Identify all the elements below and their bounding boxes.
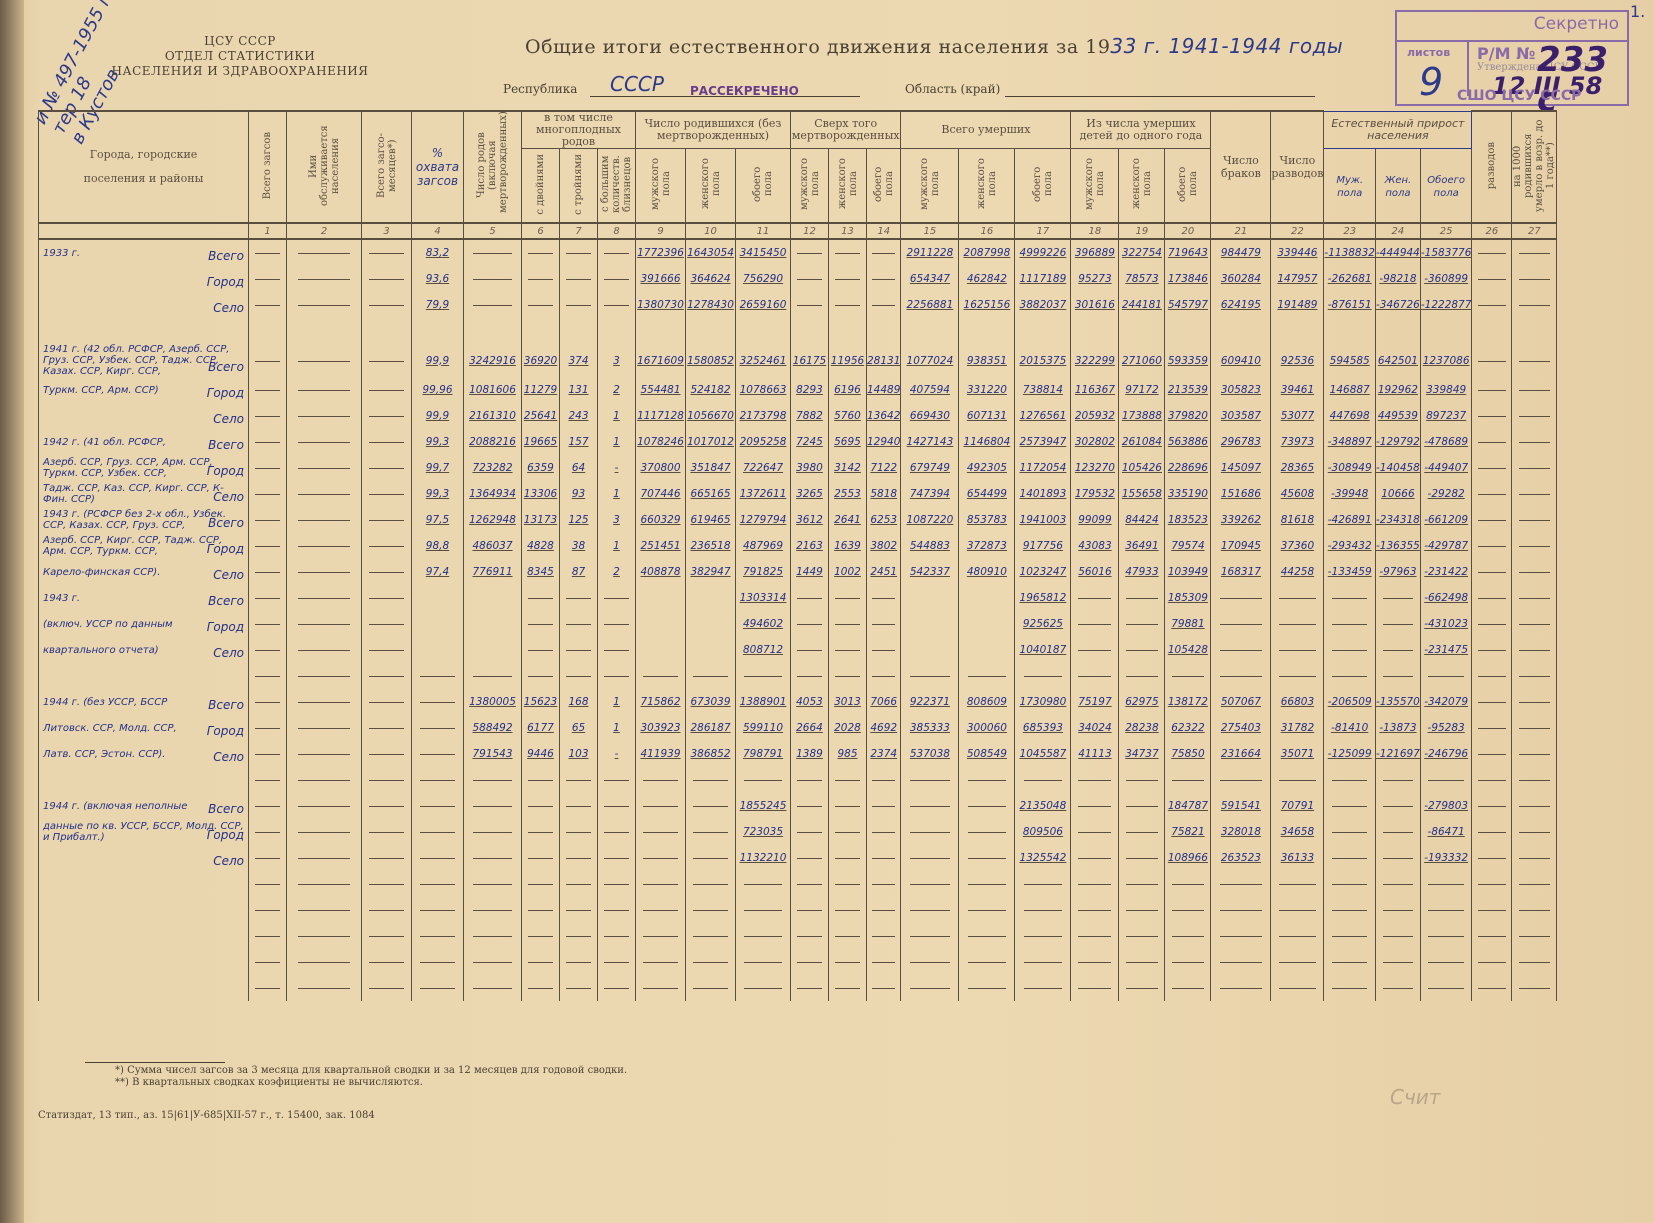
table-cell: 2173798 [736, 403, 791, 429]
table-cell: 723035 [736, 819, 791, 845]
empty-dash [420, 961, 456, 963]
table-cell [829, 239, 867, 266]
column-number: 10 [686, 223, 736, 239]
empty-dash [369, 831, 403, 833]
empty-dash [1078, 779, 1111, 781]
table-cell: 322299 [1071, 344, 1119, 377]
empty-dash [473, 935, 513, 937]
column-number: 5 [464, 223, 522, 239]
table-cell: -1583776 [1420, 239, 1472, 266]
table-cell [412, 871, 464, 897]
empty-dash [872, 857, 895, 859]
empty-dash [1519, 753, 1550, 755]
table-cell: 487969 [736, 533, 791, 559]
empty-dash [604, 779, 630, 781]
empty-dash [1383, 831, 1414, 833]
table-cell [1119, 897, 1165, 923]
column-number: 1 [249, 223, 287, 239]
table-cell [362, 344, 412, 377]
table-cell: 492305 [959, 455, 1015, 481]
empty-dash [835, 779, 861, 781]
table-row: данные по кв. УССР, БССР, Молд. ССР, и П… [39, 819, 1557, 845]
table-cell: 79,9 [412, 292, 464, 318]
table-cell: 593359 [1165, 344, 1211, 377]
empty-dash [1126, 805, 1158, 807]
table-cell [362, 266, 412, 292]
stamp-sheets-label: листов [1407, 46, 1450, 59]
table-cell: 1449 [791, 559, 829, 585]
table-cell [867, 975, 901, 1001]
table-cell: 1303314 [736, 585, 791, 611]
table-cell [1324, 923, 1376, 949]
table-cell: 4053 [791, 689, 829, 715]
table-cell: 776911 [464, 559, 522, 585]
table-cell [412, 318, 464, 344]
empty-dash [835, 831, 861, 833]
table-cell [686, 871, 736, 897]
empty-dash [255, 389, 281, 391]
empty-dash [604, 649, 630, 651]
table-cell [362, 481, 412, 507]
table-cell: -262681 [1324, 266, 1376, 292]
empty-dash [1478, 467, 1505, 469]
table-cell [1015, 318, 1071, 344]
table-cell: 370800 [636, 455, 686, 481]
table-cell [1512, 318, 1557, 344]
table-cell: 11956 [829, 344, 867, 377]
empty-dash [1519, 278, 1550, 280]
empty-dash [1078, 883, 1111, 885]
table-cell [464, 266, 522, 292]
empty-dash [744, 779, 782, 781]
table-cell [791, 239, 829, 266]
table-cell: 2161310 [464, 403, 522, 429]
row-type: Всего [208, 438, 244, 452]
empty-dash [604, 304, 630, 306]
row-label-cell [39, 663, 249, 689]
table-cell [412, 975, 464, 1001]
table-cell [1472, 975, 1512, 1001]
table-cell [598, 611, 636, 637]
table-cell: 25641 [522, 403, 560, 429]
table-cell [1375, 949, 1420, 975]
table-row: 1933 г.Всего83,2177239616430543415450291… [39, 239, 1557, 266]
secret-stamp: Секретно листов 9 Р/М № Утверждена ЦСУ С… [1395, 10, 1629, 106]
table-row [39, 663, 1557, 689]
table-cell [686, 897, 736, 923]
empty-dash [566, 805, 592, 807]
empty-dash [604, 961, 630, 963]
empty-dash [255, 987, 281, 989]
table-cell [1119, 318, 1165, 344]
table-cell: 5695 [829, 429, 867, 455]
col-header-21: Число браков [1211, 111, 1271, 223]
empty-dash [255, 805, 281, 807]
table-cell [1015, 975, 1071, 1001]
table-cell: -231422 [1420, 559, 1472, 585]
table-cell: -1222877 [1420, 292, 1472, 318]
empty-dash [910, 779, 950, 781]
table-cell [901, 897, 959, 923]
table-cell: 43083 [1071, 533, 1119, 559]
table-cell [287, 481, 362, 507]
table-cell: 4999226 [1015, 239, 1071, 266]
table-cell [249, 611, 287, 637]
row-label-cell: 1942 г. (41 обл. РСФСР,Всего [39, 429, 249, 455]
table-cell [867, 318, 901, 344]
table-cell: 36491 [1119, 533, 1165, 559]
table-cell: 12940 [867, 429, 901, 455]
table-cell [598, 266, 636, 292]
table-cell: 372873 [959, 533, 1015, 559]
empty-dash [255, 935, 281, 937]
column-number: 23 [1324, 223, 1376, 239]
table-row [39, 923, 1557, 949]
empty-dash [473, 831, 513, 833]
empty-dash [797, 935, 823, 937]
empty-dash [872, 278, 895, 280]
table-cell [1375, 637, 1420, 663]
empty-dash [1220, 675, 1261, 677]
table-cell [362, 767, 412, 793]
empty-dash [1478, 935, 1505, 937]
table-cell: 296783 [1211, 429, 1271, 455]
table-cell [1472, 239, 1512, 266]
table-cell [1071, 923, 1119, 949]
table-row: 1943 г.Всего13033141965812185309-662498 [39, 585, 1557, 611]
table-cell [791, 767, 829, 793]
table-cell [901, 871, 959, 897]
table-cell: -279803 [1420, 793, 1472, 819]
table-cell: 38 [560, 533, 598, 559]
table-cell [1472, 559, 1512, 585]
empty-dash [1383, 857, 1414, 859]
table-cell [1324, 767, 1376, 793]
empty-dash [643, 779, 677, 781]
row-label-cell [39, 949, 249, 975]
col-header-14: обоего пола [867, 149, 901, 224]
empty-dash [693, 805, 727, 807]
table-cell: 462842 [959, 266, 1015, 292]
col-header-4: % охвата загсов [412, 111, 464, 223]
table-cell [736, 318, 791, 344]
empty-dash [528, 252, 554, 254]
table-cell [1472, 266, 1512, 292]
col-header-12: мужского пола [791, 149, 829, 224]
table-cell [1472, 845, 1512, 871]
table-cell [1211, 975, 1271, 1001]
table-cell [560, 897, 598, 923]
table-cell: 2015375 [1015, 344, 1071, 377]
table-cell: 263523 [1211, 845, 1271, 871]
table-cell [901, 585, 959, 611]
column-number: 26 [1472, 223, 1512, 239]
empty-dash [744, 909, 782, 911]
empty-dash [835, 857, 861, 859]
empty-dash [255, 467, 281, 469]
empty-dash [1024, 935, 1063, 937]
table-cell: 168 [560, 689, 598, 715]
table-cell [522, 819, 560, 845]
column-number: 7 [560, 223, 598, 239]
table-cell [362, 611, 412, 637]
table-cell [464, 318, 522, 344]
col-header-19: женского пола [1119, 149, 1165, 224]
empty-dash [1519, 304, 1550, 306]
table-cell [791, 663, 829, 689]
table-cell [1512, 559, 1557, 585]
empty-dash [369, 701, 403, 703]
row-label-cell: Карело-финская ССР).Село [39, 559, 249, 585]
empty-dash [1078, 597, 1111, 599]
empty-dash [255, 727, 281, 729]
empty-dash [1024, 909, 1063, 911]
table-cell [464, 663, 522, 689]
table-cell: 507067 [1211, 689, 1271, 715]
table-cell: 168317 [1211, 559, 1271, 585]
table-cell: 1117128 [636, 403, 686, 429]
table-cell: -444944 [1375, 239, 1420, 266]
table-cell: 1 [598, 689, 636, 715]
table-cell [791, 637, 829, 663]
empty-dash [298, 304, 350, 306]
table-cell [560, 949, 598, 975]
table-cell: 331220 [959, 377, 1015, 403]
table-cell: 34658 [1271, 819, 1324, 845]
empty-dash [1172, 909, 1204, 911]
table-cell: 922371 [901, 689, 959, 715]
table-cell [1375, 845, 1420, 871]
empty-dash [1279, 623, 1315, 625]
table-cell [287, 377, 362, 403]
empty-dash [255, 883, 281, 885]
table-cell [791, 318, 829, 344]
table-cell [1071, 767, 1119, 793]
col-header-13: женского пола [829, 149, 867, 224]
table-cell [522, 663, 560, 689]
empty-dash [1126, 675, 1158, 677]
table-cell: 47933 [1119, 559, 1165, 585]
empty-dash [298, 935, 350, 937]
table-cell [1375, 923, 1420, 949]
table-cell [791, 292, 829, 318]
table-cell [829, 318, 867, 344]
empty-dash [1332, 961, 1367, 963]
row-label-cell: Город [39, 266, 249, 292]
table-cell: 13642 [867, 403, 901, 429]
table-cell [1119, 845, 1165, 871]
table-cell [1324, 897, 1376, 923]
empty-dash [797, 304, 823, 306]
table-cell [362, 845, 412, 871]
table-cell: -342079 [1420, 689, 1472, 715]
empty-dash [835, 675, 861, 677]
empty-dash [968, 779, 1007, 781]
col-group-infant-deaths: Из числа умерших детей до одного года [1071, 111, 1211, 149]
empty-dash [693, 961, 727, 963]
empty-dash [643, 857, 677, 859]
column-number-place [39, 223, 249, 239]
empty-dash [1279, 675, 1315, 677]
empty-dash [1519, 883, 1550, 885]
table-cell [362, 585, 412, 611]
table-cell [249, 871, 287, 897]
republic-label: Республика [503, 82, 577, 96]
empty-dash [1428, 935, 1463, 937]
table-cell [867, 897, 901, 923]
empty-dash [1428, 779, 1463, 781]
empty-dash [910, 987, 950, 989]
table-cell: 396889 [1071, 239, 1119, 266]
table-cell [1324, 819, 1376, 845]
table-cell: 379820 [1165, 403, 1211, 429]
row-label-cell: Литовск. ССР, Молд. ССР,Город [39, 715, 249, 741]
table-cell: 917756 [1015, 533, 1071, 559]
col-header-23: Муж. пола [1324, 149, 1376, 224]
org-line-3: НАСЕЛЕНИЯ И ЗДРАВООХРАНЕНИЯ [110, 64, 370, 79]
table-cell [1324, 585, 1376, 611]
table-row: 1942 г. (41 обл. РСФСР,Всего99,320882161… [39, 429, 1557, 455]
table-cell: 303923 [636, 715, 686, 741]
row-type: Село [213, 854, 244, 868]
table-cell: 1 [598, 533, 636, 559]
col-header-2: Ими обслуживается населения [287, 111, 362, 223]
table-row [39, 871, 1557, 897]
table-cell [901, 949, 959, 975]
column-number: 13 [829, 223, 867, 239]
empty-dash [872, 831, 895, 833]
table-cell: 449539 [1375, 403, 1420, 429]
table-cell [287, 845, 362, 871]
table-cell: 15623 [522, 689, 560, 715]
table-cell [1512, 637, 1557, 663]
table-cell [636, 611, 686, 637]
table-cell [686, 845, 736, 871]
table-cell: 3 [598, 344, 636, 377]
empty-dash [1519, 961, 1550, 963]
table-cell: 1580852 [686, 344, 736, 377]
empty-dash [1383, 597, 1414, 599]
table-cell: 1017012 [686, 429, 736, 455]
table-row: Туркм. ССР, Арм. ССР)Город99,96108160611… [39, 377, 1557, 403]
empty-dash [420, 779, 456, 781]
corner-pencil-note: Счит [1390, 1085, 1440, 1109]
table-cell [249, 715, 287, 741]
row-type: Всего [208, 249, 244, 263]
table-cell: 271060 [1119, 344, 1165, 377]
table-cell [362, 715, 412, 741]
empty-dash [255, 304, 281, 306]
table-cell [1324, 663, 1376, 689]
table-cell [1512, 292, 1557, 318]
table-cell: 2 [598, 559, 636, 585]
column-number: 20 [1165, 223, 1211, 239]
table-cell [598, 949, 636, 975]
empty-dash [604, 857, 630, 859]
empty-dash [473, 883, 513, 885]
table-cell [598, 663, 636, 689]
table-cell [249, 403, 287, 429]
table-cell [736, 949, 791, 975]
table-cell [791, 819, 829, 845]
empty-dash [528, 623, 554, 625]
empty-dash [1428, 961, 1463, 963]
table-cell: 31782 [1271, 715, 1324, 741]
empty-dash [1478, 961, 1505, 963]
table-cell [412, 819, 464, 845]
table-cell [560, 767, 598, 793]
table-cell: -360899 [1420, 266, 1472, 292]
empty-dash [1332, 831, 1367, 833]
empty-dash [872, 805, 895, 807]
table-cell [522, 611, 560, 637]
row-label-cell: 1944 г. (без УССР, БССРВсего [39, 689, 249, 715]
table-cell: 1 [598, 403, 636, 429]
table-cell: 1276561 [1015, 403, 1071, 429]
empty-dash [255, 961, 281, 963]
table-cell [959, 897, 1015, 923]
table-cell [686, 819, 736, 845]
empty-dash [1332, 883, 1367, 885]
table-cell [249, 949, 287, 975]
empty-dash [1478, 415, 1505, 417]
table-cell: 339446 [1271, 239, 1324, 266]
table-cell [249, 533, 287, 559]
table-cell [1071, 585, 1119, 611]
footnote-rule [85, 1062, 225, 1063]
table-cell [522, 871, 560, 897]
table-cell [1472, 923, 1512, 949]
empty-dash [1078, 623, 1111, 625]
table-cell: 10666 [1375, 481, 1420, 507]
table-cell: 2135048 [1015, 793, 1071, 819]
table-cell [901, 793, 959, 819]
empty-dash [968, 987, 1007, 989]
table-cell: 97,5 [412, 507, 464, 533]
empty-dash [910, 935, 950, 937]
table-cell: 6177 [522, 715, 560, 741]
empty-dash [1279, 649, 1315, 651]
table-cell [636, 585, 686, 611]
table-cell: -478689 [1420, 429, 1472, 455]
column-number: 22 [1271, 223, 1324, 239]
table-cell [636, 767, 686, 793]
table-cell [1165, 767, 1211, 793]
table-cell: 1388901 [736, 689, 791, 715]
table-cell [249, 318, 287, 344]
column-number: 14 [867, 223, 901, 239]
table-cell [1512, 611, 1557, 637]
table-cell [901, 611, 959, 637]
table-cell: 65 [560, 715, 598, 741]
table-cell [1512, 741, 1557, 767]
empty-dash [255, 519, 281, 521]
empty-dash [1024, 883, 1063, 885]
empty-dash [797, 961, 823, 963]
row-type: Всего [208, 802, 244, 816]
empty-dash [968, 883, 1007, 885]
column-number: 11 [736, 223, 791, 239]
empty-dash [968, 961, 1007, 963]
table-cell [464, 897, 522, 923]
table-cell [1119, 637, 1165, 663]
table-row: Литовск. ССР, Молд. ССР,Город58849261776… [39, 715, 1557, 741]
empty-dash [1428, 675, 1463, 677]
empty-dash [255, 623, 281, 625]
empty-dash [835, 805, 861, 807]
empty-dash [420, 701, 456, 703]
table-cell: 3252461 [736, 344, 791, 377]
